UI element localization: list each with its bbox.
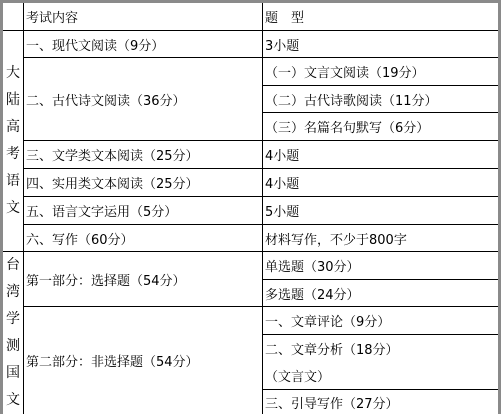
taiwan-type-1b: 多选题（24分） (263, 280, 498, 306)
label-char: 测 (6, 333, 20, 360)
taiwan-type-2b-note: （文言文） (263, 362, 498, 389)
taiwan-content-2: 第二部分：非选择题（54分） (24, 307, 262, 414)
label-char: 陆 (6, 87, 20, 114)
header-type: 题 型 (263, 3, 498, 30)
label-char: 语 (6, 168, 20, 195)
mainland-content-4: 四、实用类文本阅读（25分） (24, 169, 262, 196)
taiwan-content-1: 第一部分：选择题（54分） (24, 252, 262, 306)
mainland-content-3: 三、文学类文本阅读（25分） (24, 141, 262, 168)
taiwan-type-2a: 一、文章评论（9分） (263, 307, 498, 334)
mainland-content-1: 一、现代文阅读（9分） (24, 31, 262, 57)
label-char: 大 (6, 60, 20, 87)
header-content: 考试内容 (24, 3, 262, 30)
mainland-type-2a: （一）文言文阅读（19分） (263, 58, 498, 85)
mainland-type-2b: （二）古代诗歌阅读（11分） (263, 86, 498, 112)
mainland-type-6: 材料写作，不少于800字 (263, 225, 498, 251)
label-char: 台 (6, 252, 20, 279)
mainland-type-3: 4小题 (263, 141, 498, 168)
mainland-type-5: 5小题 (263, 197, 498, 224)
mainland-label: 大 陆 高 考 语 文 (3, 31, 23, 251)
label-char: 文 (6, 195, 20, 222)
label-char: 考 (6, 141, 20, 168)
mainland-content-6: 六、写作（60分） (24, 225, 262, 251)
label-char: 国 (6, 360, 20, 387)
taiwan-label: 台 湾 学 测 国 文 (3, 252, 23, 414)
mainland-type-4: 4小题 (263, 169, 498, 196)
exam-comparison-table: 考试内容 题 型 大 陆 高 考 语 文 一、现代文阅读（9分） 二、古代诗文阅… (0, 0, 501, 414)
label-char: 学 (6, 306, 20, 333)
mainland-type-2c: （三）名篇名句默写（6分） (263, 113, 498, 140)
taiwan-type-2c: 三、引导写作（27分） (263, 390, 498, 414)
taiwan-type-2b: 二、文章分析（18分） (263, 335, 498, 362)
label-char: 高 (6, 114, 20, 141)
mainland-type-1: 3小题 (263, 31, 498, 57)
mainland-content-2: 二、古代诗文阅读（36分） (24, 58, 262, 140)
label-char: 湾 (6, 279, 20, 306)
mainland-content-5: 五、语言文字运用（5分） (24, 197, 262, 224)
taiwan-type-1a: 单选题（30分） (263, 252, 498, 279)
label-char: 文 (6, 387, 20, 414)
